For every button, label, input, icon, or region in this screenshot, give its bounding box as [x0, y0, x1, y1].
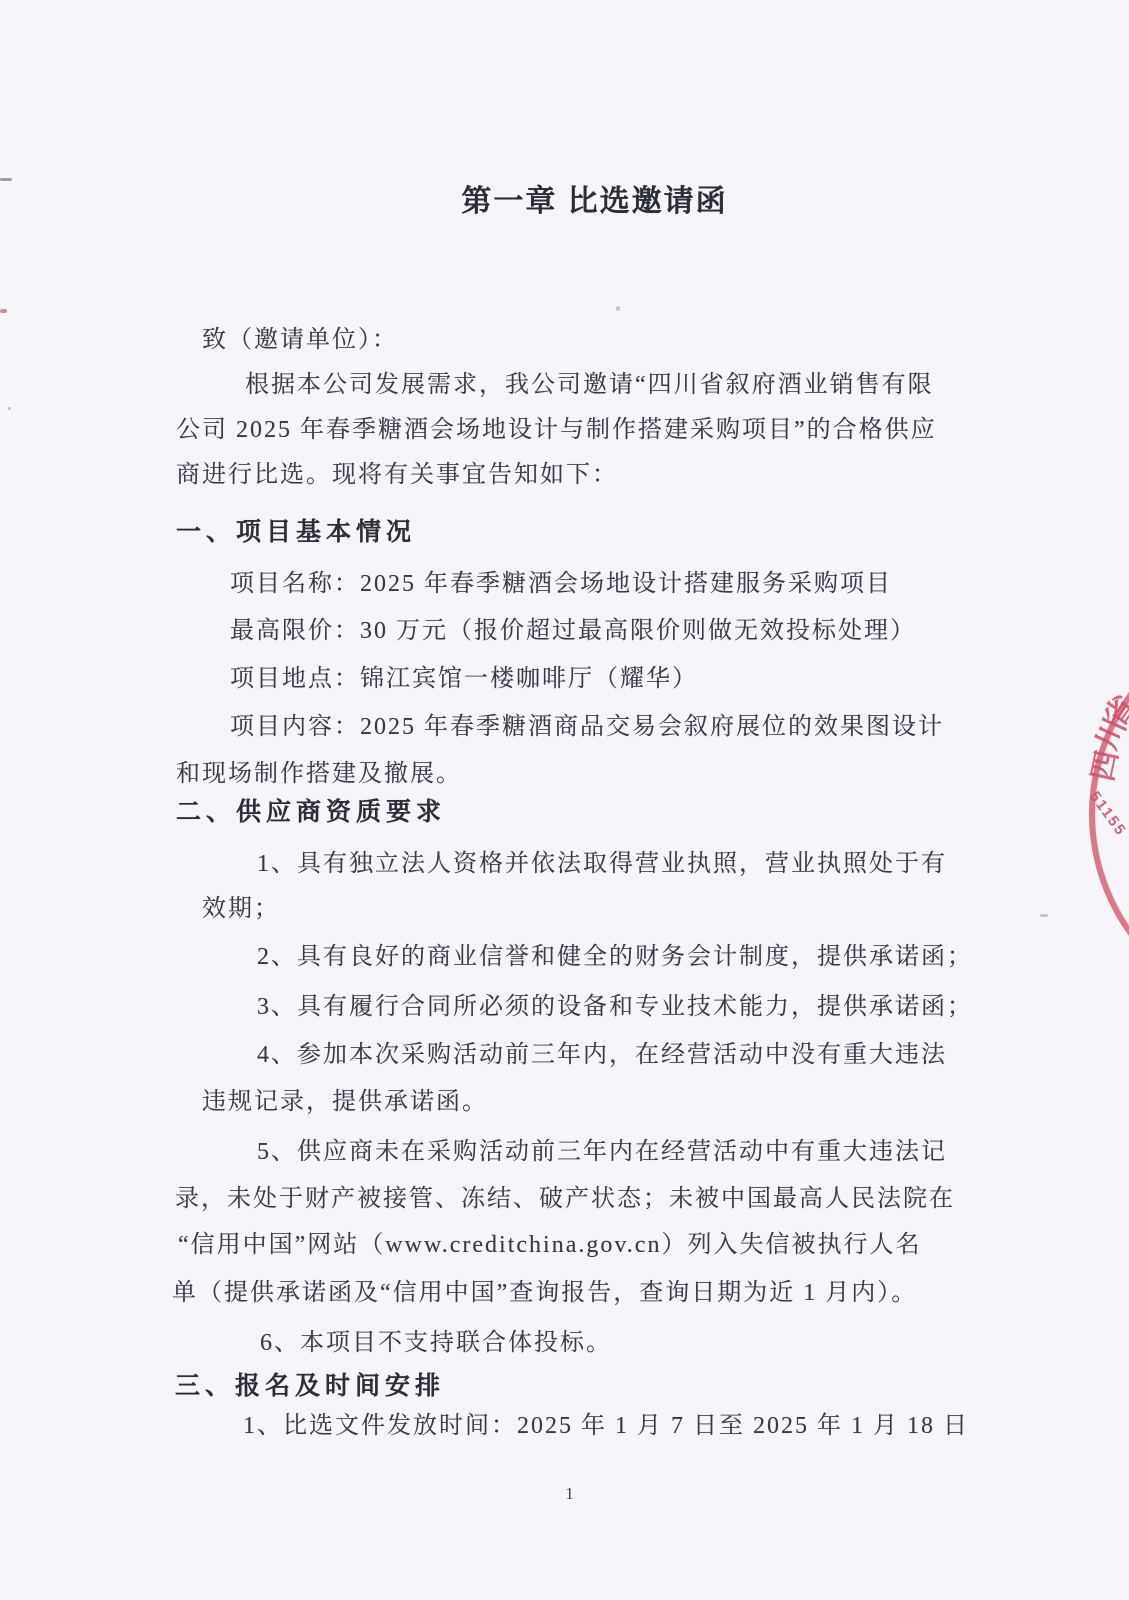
scanned-document-page: 第一章 比选邀请函 致（邀请单位）： 根据本公司发展需求，我公司邀请“四川省叙府… — [0, 0, 1129, 1600]
intro-line-3: 商进行比选。现将有关事宜告知如下： — [176, 461, 618, 489]
intro-line-1: 根据本公司发展需求，我公司邀请“四川省叙府酒业销售有限 — [245, 371, 934, 399]
qualification-item-5c: “信用中国”网站（www.creditchina.gov.cn）列入失信被执行人… — [178, 1231, 921, 1259]
salutation-line: 致（邀请单位）： — [202, 326, 398, 354]
scan-artifact — [0, 178, 12, 181]
project-name-line: 项目名称：2025 年春季糖酒会场地设计搭建服务采购项目 — [230, 570, 892, 598]
section-heading-1: 一、项目基本情况 — [176, 518, 416, 546]
qualification-item-1a: 1、具有独立法人资格并依法取得营业执照，营业执照处于有 — [257, 850, 947, 878]
qualification-item-3: 3、具有履行合同所必须的设备和专业技术能力，提供承诺函； — [257, 993, 973, 1021]
section-heading-2: 二、供应商资质要求 — [176, 798, 446, 826]
section-heading-3: 三、报名及时间安排 — [175, 1372, 445, 1400]
scan-artifact — [0, 309, 7, 313]
qualification-item-2: 2、具有良好的商业信誉和健全的财务会计制度，提供承诺函； — [257, 943, 973, 971]
price-limit-line: 最高限价：30 万元（报价超过最高限价则做无效投标处理） — [230, 617, 916, 645]
scan-artifact — [8, 407, 11, 410]
project-content-line-2: 和现场制作搭建及撤展。 — [176, 760, 462, 788]
page-number: 1 — [5, 1484, 1129, 1504]
qualification-item-5d: 单（提供承诺函及“信用中国”查询报告，查询日期为近 1 月内）。 — [172, 1279, 917, 1307]
intro-line-2: 公司 2025 年春季糖酒会场地设计与制作搭建采购项目”的合格供应 — [176, 416, 937, 444]
qualification-item-4a: 4、参加本次采购活动前三年内，在经营活动中没有重大违法 — [257, 1041, 947, 1069]
qualification-item-5a: 5、供应商未在采购活动前三年内在经营活动中有重大违法记 — [257, 1138, 947, 1166]
qualification-item-4b: 违规记录，提供承诺函。 — [202, 1088, 488, 1116]
qualification-item-6: 6、本项目不支持联合体投标。 — [260, 1329, 612, 1357]
qualification-item-1b: 效期； — [202, 895, 280, 923]
scan-artifact — [616, 306, 620, 311]
project-location-line: 项目地点：锦江宾馆一楼咖啡厅（耀华） — [230, 665, 698, 693]
chapter-title: 第一章 比选邀请函 — [30, 176, 1129, 220]
schedule-item-1: 1、比选文件发放时间：2025 年 1 月 7 日至 2025 年 1 月 18… — [243, 1412, 969, 1440]
qualification-item-5b: 录，未处于财产被接管、冻结、破产状态；未被中国最高人民法院在 — [175, 1185, 955, 1213]
project-content-line-1: 项目内容：2025 年春季糖酒商品交易会叙府展位的效果图设计 — [230, 713, 944, 741]
scan-artifact — [1040, 914, 1048, 917]
